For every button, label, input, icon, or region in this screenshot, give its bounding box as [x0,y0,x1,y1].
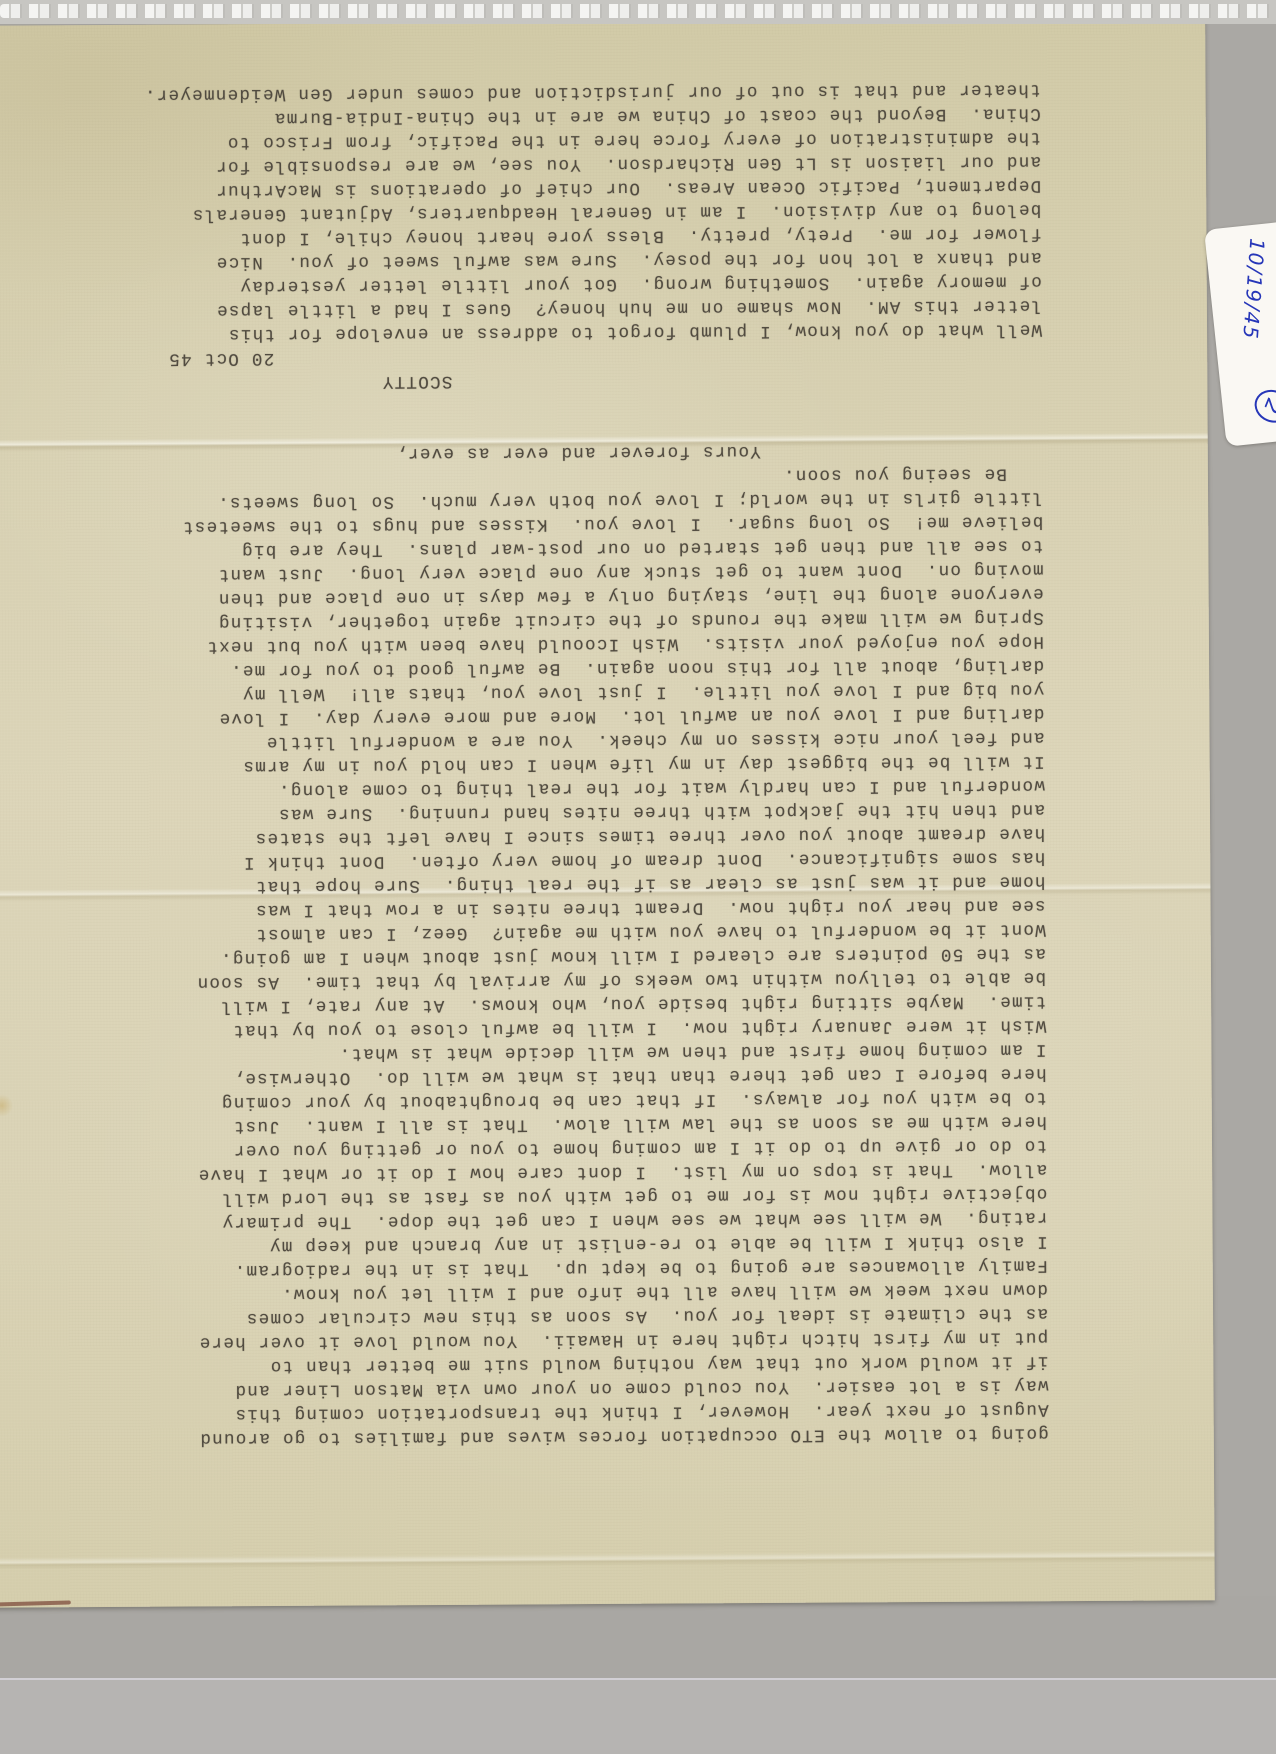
scan-viewport: going to allow the ETO occupation forces… [0,0,1276,1754]
letter-postscript: Well what do you know, I plumb forgot to… [111,77,1043,347]
sticker-handwritten-date: 10/19/45 [1238,238,1269,341]
sticker-circled-page-number: 2 [1250,385,1276,429]
binder-sleeve-edge [0,0,1276,24]
scanner-background-band-lower [0,1678,1276,1754]
binder-zipper-pattern [0,4,1276,18]
letter-page-upside-down: going to allow the ETO occupation forces… [0,18,1215,1607]
archive-sticker: 10/19/45 2 [1204,220,1276,447]
typewritten-text-block: going to allow the ETO occupation forces… [0,18,1215,1607]
letter-body: going to allow the ETO occupation forces… [113,485,1049,1451]
scanner-background-band [0,1596,1276,1678]
